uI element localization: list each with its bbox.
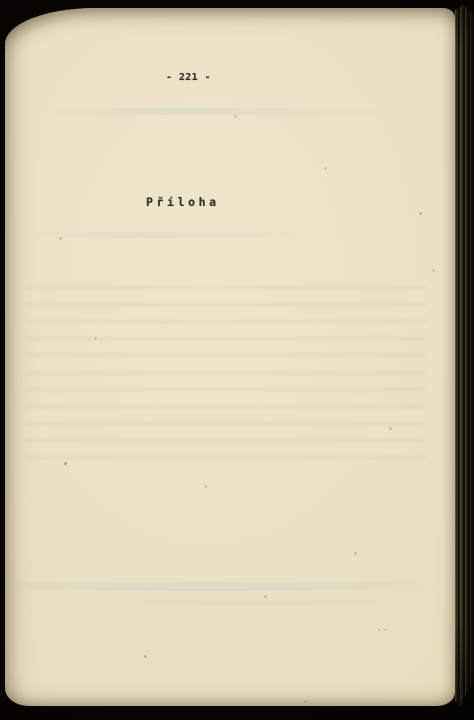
paper-streak <box>5 600 455 605</box>
book-page: - 221 - Příloha -- <box>5 8 455 706</box>
paper-streak <box>5 232 455 238</box>
ink-bleed-through <box>25 286 425 471</box>
pencil-mark: -- <box>377 626 389 634</box>
page-number: - 221 - <box>166 72 211 83</box>
appendix-heading: Příloha <box>146 196 220 208</box>
paper-specks <box>5 8 6 9</box>
paper-streak <box>5 582 455 591</box>
scanned-book-photo: - 221 - Příloha -- <box>0 0 474 720</box>
paper-streak <box>5 108 455 115</box>
